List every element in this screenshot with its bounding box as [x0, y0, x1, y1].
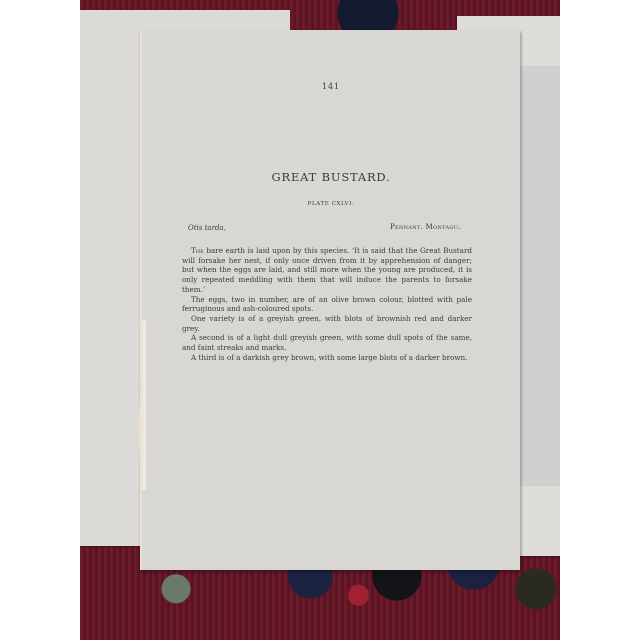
paragraph-lead: The: [191, 246, 204, 255]
paragraph: The bare earth is laid upon by this spec…: [182, 246, 472, 295]
plate-label: PLATE CXLVI.: [142, 201, 520, 207]
paragraph: A third is of a darkish grey brown, with…: [182, 353, 472, 363]
paragraph: One variety is of a greyish green, with …: [182, 314, 472, 333]
page-number: 141: [142, 82, 520, 91]
latin-name: Otis tarda,: [188, 224, 226, 232]
paragraph: The eggs, two in number, are of an olive…: [182, 295, 472, 314]
page-title: GREAT BUSTARD.: [142, 170, 520, 184]
authors: Pennant. Montagu.: [390, 223, 461, 231]
book-page: 141 GREAT BUSTARD. PLATE CXLVI. Otis tar…: [140, 30, 520, 570]
paragraph: A second is of a light dull greyish gree…: [182, 333, 472, 352]
photo-scene: 141 GREAT BUSTARD. PLATE CXLVI. Otis tar…: [80, 0, 560, 640]
body-text: The bare earth is laid upon by this spec…: [182, 246, 472, 362]
